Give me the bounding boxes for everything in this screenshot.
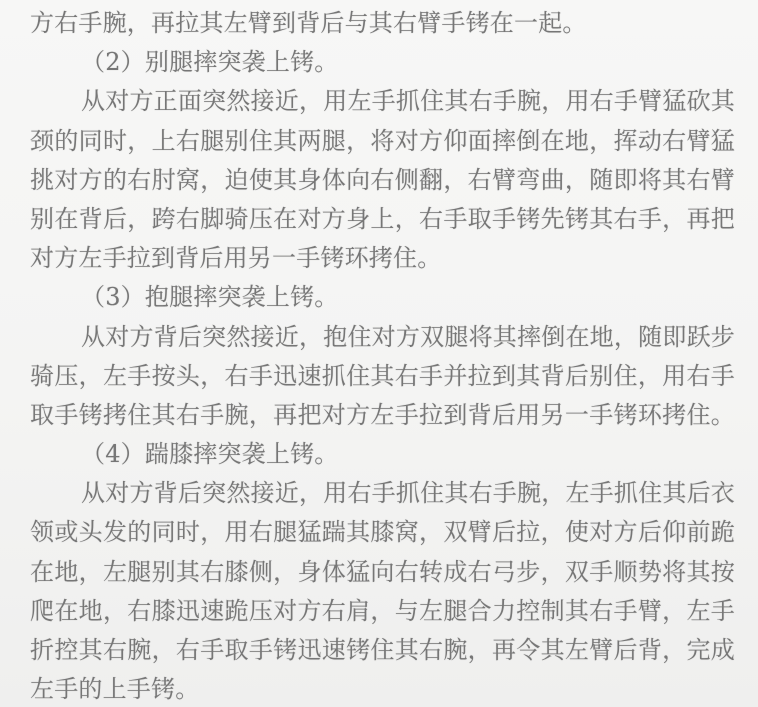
text-line: 方右手腕，再拉其左臂到背后与其右臂手铐在一起。	[30, 4, 735, 43]
text-line: 领或头发的同时，用右腿猛踹其膝窝，双臂后拉，使对方后仰前跪	[30, 513, 735, 552]
document-page: 方右手腕，再拉其左臂到背后与其右臂手铐在一起。 （2）别腿摔突袭上铐。 从对方正…	[0, 0, 758, 707]
text-line: 骑压，左手按头，右手迅速抓住其右手并拉到其背后别住，用右手	[30, 357, 735, 396]
text-line: 挑对方的右肘窝，迫使其身体向右侧翻，右臂弯曲，随即将其右臂	[30, 161, 735, 200]
section-heading: （3）抱腿摔突袭上铐。	[81, 278, 735, 317]
text-line: 爬在地，右膝迅速跪压对方右肩，与左腿合力控制其右手臂，左手	[30, 592, 735, 631]
text-line: 折控其右腕，右手取手铐迅速铐住其右腕，再令其左臂后背，完成	[30, 631, 735, 670]
text-line: 从对方背后突然接近，用右手抓住其右手腕，左手抓住其后衣	[81, 474, 735, 513]
text-line: 别在背后，跨右脚骑压在对方身上，右手取手铐先铐其右手，再把	[30, 200, 735, 239]
text-line: 从对方背后突然接近，抱住对方双腿将其摔倒在地，随即跃步	[81, 318, 735, 357]
text-line: 对方左手拉到背后用另一手铐环拷住。	[30, 239, 735, 278]
section-heading: （2）别腿摔突袭上铐。	[81, 43, 735, 82]
section-heading: （4）踹膝摔突袭上铐。	[81, 435, 735, 474]
text-line: 在地，左腿别其右膝侧，身体猛向右转成右弓步，双手顺势将其按	[30, 553, 735, 592]
text-line: 左手的上手铐。	[30, 670, 735, 707]
text-line: 取手铐拷住其右手腕，再把对方左手拉到背后用另一手铐环拷住。	[30, 396, 735, 435]
text-line: 从对方正面突然接近，用左手抓住其右手腕，用右手臂猛砍其	[81, 82, 735, 121]
text-line: 颈的同时，上右腿别住其两腿，将对方仰面摔倒在地，挥动右臂猛	[30, 122, 735, 161]
